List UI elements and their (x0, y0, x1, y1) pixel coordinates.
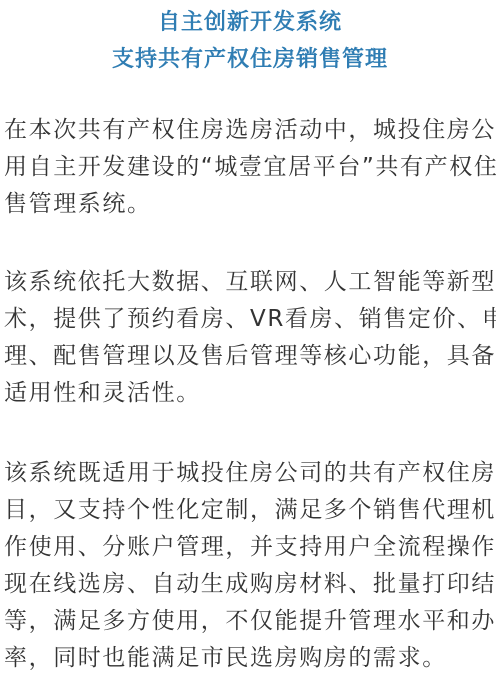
heading-line-1: 自主创新开发系统 (0, 4, 500, 41)
heading-line-2: 支持共有产权住房销售管理 (0, 41, 500, 78)
paragraph-line: 该系统既适用于城投住房公司的共有产权住房项 (4, 455, 496, 492)
paragraph-line: 适用性和灵活性。 (4, 375, 496, 412)
paragraph-line: 该系统依托大数据、互联网、人工智能等新型技 (4, 264, 496, 301)
paragraph-line: 术，提供了预约看房、VR看房、销售定价、申购管 (4, 301, 496, 338)
paragraph-line: 目，又支持个性化定制，满足多个销售代理机构操 (4, 492, 496, 529)
paragraph-line: 现在线选房、自动生成购房材料、批量打印结果 (4, 566, 496, 603)
paragraph-1: 在本次共有产权住房选房活动中，城投住房公司采 用自主开发建设的“城壹宜居平台”共… (4, 112, 496, 223)
paragraph-line: 用自主开发建设的“城壹宜居平台”共有产权住房销 (4, 149, 496, 186)
article-heading: 自主创新开发系统 支持共有产权住房销售管理 (0, 4, 500, 78)
paragraph-2: 该系统依托大数据、互联网、人工智能等新型技 术，提供了预约看房、VR看房、销售定… (4, 264, 496, 412)
paragraph-line: 率，同时也能满足市民选房购房的需求。 (4, 640, 496, 674)
paragraph-line: 等，满足多方使用，不仅能提升管理水平和办公效 (4, 603, 496, 640)
paragraph-line: 在本次共有产权住房选房活动中，城投住房公司采 (4, 112, 496, 149)
paragraph-line: 理、配售管理以及售后管理等核心功能，具备普遍 (4, 338, 496, 375)
paragraph-3: 该系统既适用于城投住房公司的共有产权住房项 目，又支持个性化定制，满足多个销售代… (4, 455, 496, 674)
paragraph-line: 作使用、分账户管理，并支持用户全流程操作，实 (4, 529, 496, 566)
paragraph-line: 售管理系统。 (4, 186, 496, 223)
